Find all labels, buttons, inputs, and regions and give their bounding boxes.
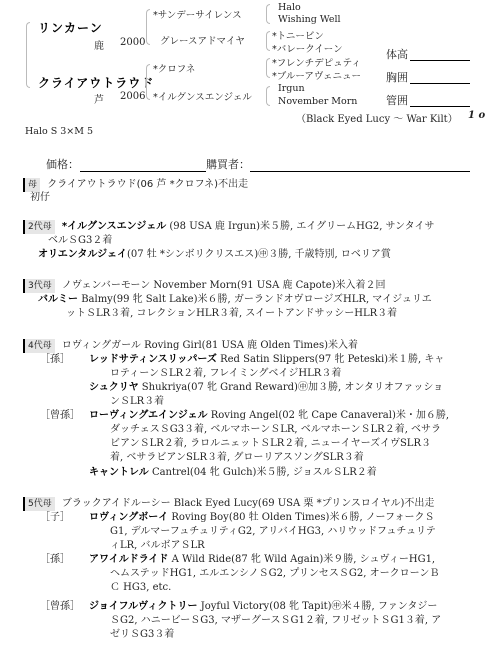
entry-line: Shukriya(07 牝 Grand Reward)㊥加３勝, オンタリオファ… [142, 382, 443, 393]
gen3-text: ノヴェンバーモーン November Morn(91 USA 鹿 Capote)… [62, 280, 386, 291]
dam-text: クライアウトラウド(06 芦 *クロフネ)不出走 [47, 179, 248, 190]
offspring-name: オリエンタルジェイ [38, 249, 127, 260]
gen3-0: Halo [278, 2, 301, 13]
family-line: （Black Eyed Lucy ～ War Kilt） [296, 110, 458, 125]
gen3-4: *フレンチデピュティ [272, 55, 361, 69]
entry-name: ロヴィングボーイ [89, 512, 168, 523]
price-label: 価格： [46, 156, 79, 172]
chest-label: 胸囲 [386, 69, 408, 85]
sire-name: リンカーン [38, 19, 103, 36]
gen2-2: *クロフネ [153, 61, 195, 75]
dam-row: 母 クライアウトラウド(06 芦 *クロフネ)不出走 [23, 178, 248, 192]
entry-line: ダッチェスＳG3３着, ベルマホーンＳLR, ベルマホーンＳLR２着, ベサラ [110, 423, 441, 437]
sire-color: 鹿 [94, 37, 104, 52]
brace-dam [146, 64, 150, 100]
buyer-label: 購買者： [206, 156, 250, 172]
gen2-0: *サンデーサイレンス [153, 7, 242, 21]
gen3-offspring-0-line2: ットＳLR３着, コレクションHLR３着, スイートアンドサッシーHLR３着 [66, 307, 397, 321]
gen2-offspring-0: オリエンタルジェイ(07 牡 *シンボリクリスエス)㊥３勝, 千歳特別, ロベリ… [38, 248, 391, 262]
gen4-label: 4代母 [23, 339, 55, 353]
entry-line: ＳG2, ハニービーＳG3, マザーグースＳG1２着, フリゼットＳG1３着, … [110, 614, 441, 628]
gen3-1: Wishing Well [278, 14, 341, 25]
gen3-label: 3代母 [23, 279, 55, 293]
entry-line: Cantrel(04 牝 Gulch)米５勝, ジョスルＳLR２着 [152, 467, 377, 478]
family-number: 1 o [468, 110, 485, 121]
gen2-text: (98 USA 鹿 Irgun)米５勝, エイグリームHG2, サンタイサ [169, 221, 434, 232]
dam-label: 母 [23, 178, 40, 192]
gen4-entry-0: レッドサティンスリッパーズ Red Satin Slippers(97 牝 Pe… [89, 353, 444, 367]
entry-line: A Wild Ride(87 牝 Wild Again)米９勝, シュヴィーHG… [172, 554, 436, 565]
offspring-line1: Balmy(99 牝 Salt Lake)米６勝, ガーランドオヴロージズHLR… [81, 294, 432, 305]
entry-line: ィLR, バルボアＳLR [110, 539, 205, 553]
brace-g3-2 [266, 58, 270, 78]
rel-tag: ［曾孫］ [40, 600, 80, 614]
rel-tag: ［孫］ [40, 553, 70, 567]
gen5-entry-2: ジョイフルヴィクトリー Joyful Victory(08 牝 Tapit)㊥米… [89, 600, 437, 614]
buyer-field[interactable] [250, 156, 470, 172]
rel-tag: ［子］ [40, 511, 70, 525]
entry-line: Joyful Victory(08 牝 Tapit)㊥米４勝, ファンタジー [201, 601, 438, 612]
offspring-text: (07 牡 *シンボリクリスエス)㊥３勝, 千歳特別, ロベリア賞 [127, 249, 391, 260]
entry-line: Roving Boy(80 牡 Olden Times)米６勝, ノーフォークＳ [171, 512, 434, 523]
entry-line: Roving Angel(02 牝 Cape Canaveral)米・加６勝, [211, 410, 449, 421]
entry-line: ロティーンＳLR２着, フレイミングベイジHLR３着 [110, 367, 341, 381]
gen3-offspring-0: バルミー Balmy(99 牝 Salt Lake)米６勝, ガーランドオヴロー… [38, 293, 432, 307]
gen5-entry-1: アワイルドライド A Wild Ride(87 牝 Wild Again)米９勝… [89, 553, 435, 567]
entry-line: Ｃ HG3, etc. [110, 581, 171, 595]
entry-name: キャントレル [89, 467, 149, 478]
gen2-text2: ベルＳG3２着 [48, 234, 112, 248]
offspring-name: バルミー [38, 294, 78, 305]
gen3-5: *ブルーアヴェニュー [272, 68, 361, 82]
gen2-1: グレースアドマイヤ [160, 33, 245, 47]
rel-tag: ［孫］ [40, 353, 70, 367]
gen4-text: ロヴィングガール Roving Girl(81 USA 鹿 Olden Time… [62, 340, 358, 351]
gen4-entry-1: シュクリヤ Shukriya(07 牝 Grand Reward)㊥加３勝, オ… [89, 381, 443, 395]
entry-line: ンＳLR３着 [110, 395, 164, 409]
height-label: 体高 [386, 46, 408, 62]
dam-sub: 初仔 [30, 191, 50, 205]
entry-name: ジョイフルヴィクトリー [89, 601, 198, 612]
gen5-label: 5代母 [23, 497, 55, 511]
gen4-entry-3: キャントレル Cantrel(04 牝 Gulch)米５勝, ジョスルＳLR２着 [89, 466, 377, 480]
gen4-entry-2: ローヴィングエインジェル Roving Angel(02 牝 Cape Cana… [89, 409, 449, 423]
gen5-entry-0: ロヴィングボーイ Roving Boy(80 牡 Olden Times)米６勝… [89, 511, 435, 525]
gen5-text: ブラックアイドルーシー Black Eyed Lucy(69 USA 栗 *プリ… [62, 498, 434, 509]
dam-name: クライアウトラウド [38, 74, 154, 91]
brace-g3-0 [266, 4, 270, 24]
entry-line: ゼリＳG3３着 [110, 628, 174, 642]
gen3-6: Irgun [278, 83, 305, 94]
price-field[interactable] [80, 156, 206, 172]
gen4-row: 4代母 ロヴィングガール Roving Girl(81 USA 鹿 Olden … [23, 339, 358, 353]
rel-tag: ［曾孫］ [40, 409, 80, 423]
height-field[interactable] [410, 46, 470, 61]
chest-field[interactable] [410, 69, 470, 84]
gen2-label: 2代母 [23, 220, 55, 234]
gen3-row: 3代母 ノヴェンバーモーン November Morn(91 USA 鹿 Cap… [23, 279, 386, 293]
entry-name: レッドサティンスリッパーズ [89, 354, 217, 365]
gen3-2: *トニービン [272, 28, 324, 42]
entry-line: ヘムステッドHG1, エルエンシノＳG2, プリンセスＳG2, オークローンＢ [110, 567, 439, 581]
entry-name: シュクリヤ [89, 382, 139, 393]
cannon-field[interactable] [410, 92, 470, 107]
entry-line: 着, ベサラビアンSLR３着, グローリアスソングSLR３着 [110, 451, 364, 465]
gen2-name: *イルグンスエンジェル [62, 221, 166, 232]
dam-color: 芦 [94, 91, 104, 106]
entry-line: Red Satin Slippers(97 牝 Peteski)米１勝, キャ [220, 354, 444, 365]
entry-name: ローヴィングエインジェル [89, 410, 208, 421]
entry-line: G1, デルマーフュチュリティG2, アリバイHG3, ハリウッドフュチュリテ [110, 525, 436, 539]
inbreeding: Halo S 3×M 5 [25, 126, 93, 137]
gen5-row: 5代母 ブラックアイドルーシー Black Eyed Lucy(69 USA 栗… [23, 497, 434, 511]
sire-year: 2000 [120, 37, 145, 48]
entry-line: ビアンＳLR２着, ラロルニェットＳLR２着, ニューイヤーズイヴSLR３ [110, 437, 431, 451]
pedigree-brace-main [26, 22, 30, 88]
brace-sire [146, 9, 150, 45]
cannon-label: 管囲 [386, 92, 408, 108]
entry-name: アワイルドライド [89, 554, 168, 565]
gen3-7: November Morn [278, 96, 357, 107]
brace-g3-1 [266, 31, 270, 51]
dam-year: 2006 [120, 91, 145, 102]
gen2-3: *イルグンスエンジェル [153, 89, 252, 103]
gen2-row: 2代母 *イルグンスエンジェル (98 USA 鹿 Irgun)米５勝, エイグ… [23, 220, 434, 234]
gen3-3: *バレークイーン [272, 41, 343, 55]
brace-g3-3 [266, 86, 270, 106]
